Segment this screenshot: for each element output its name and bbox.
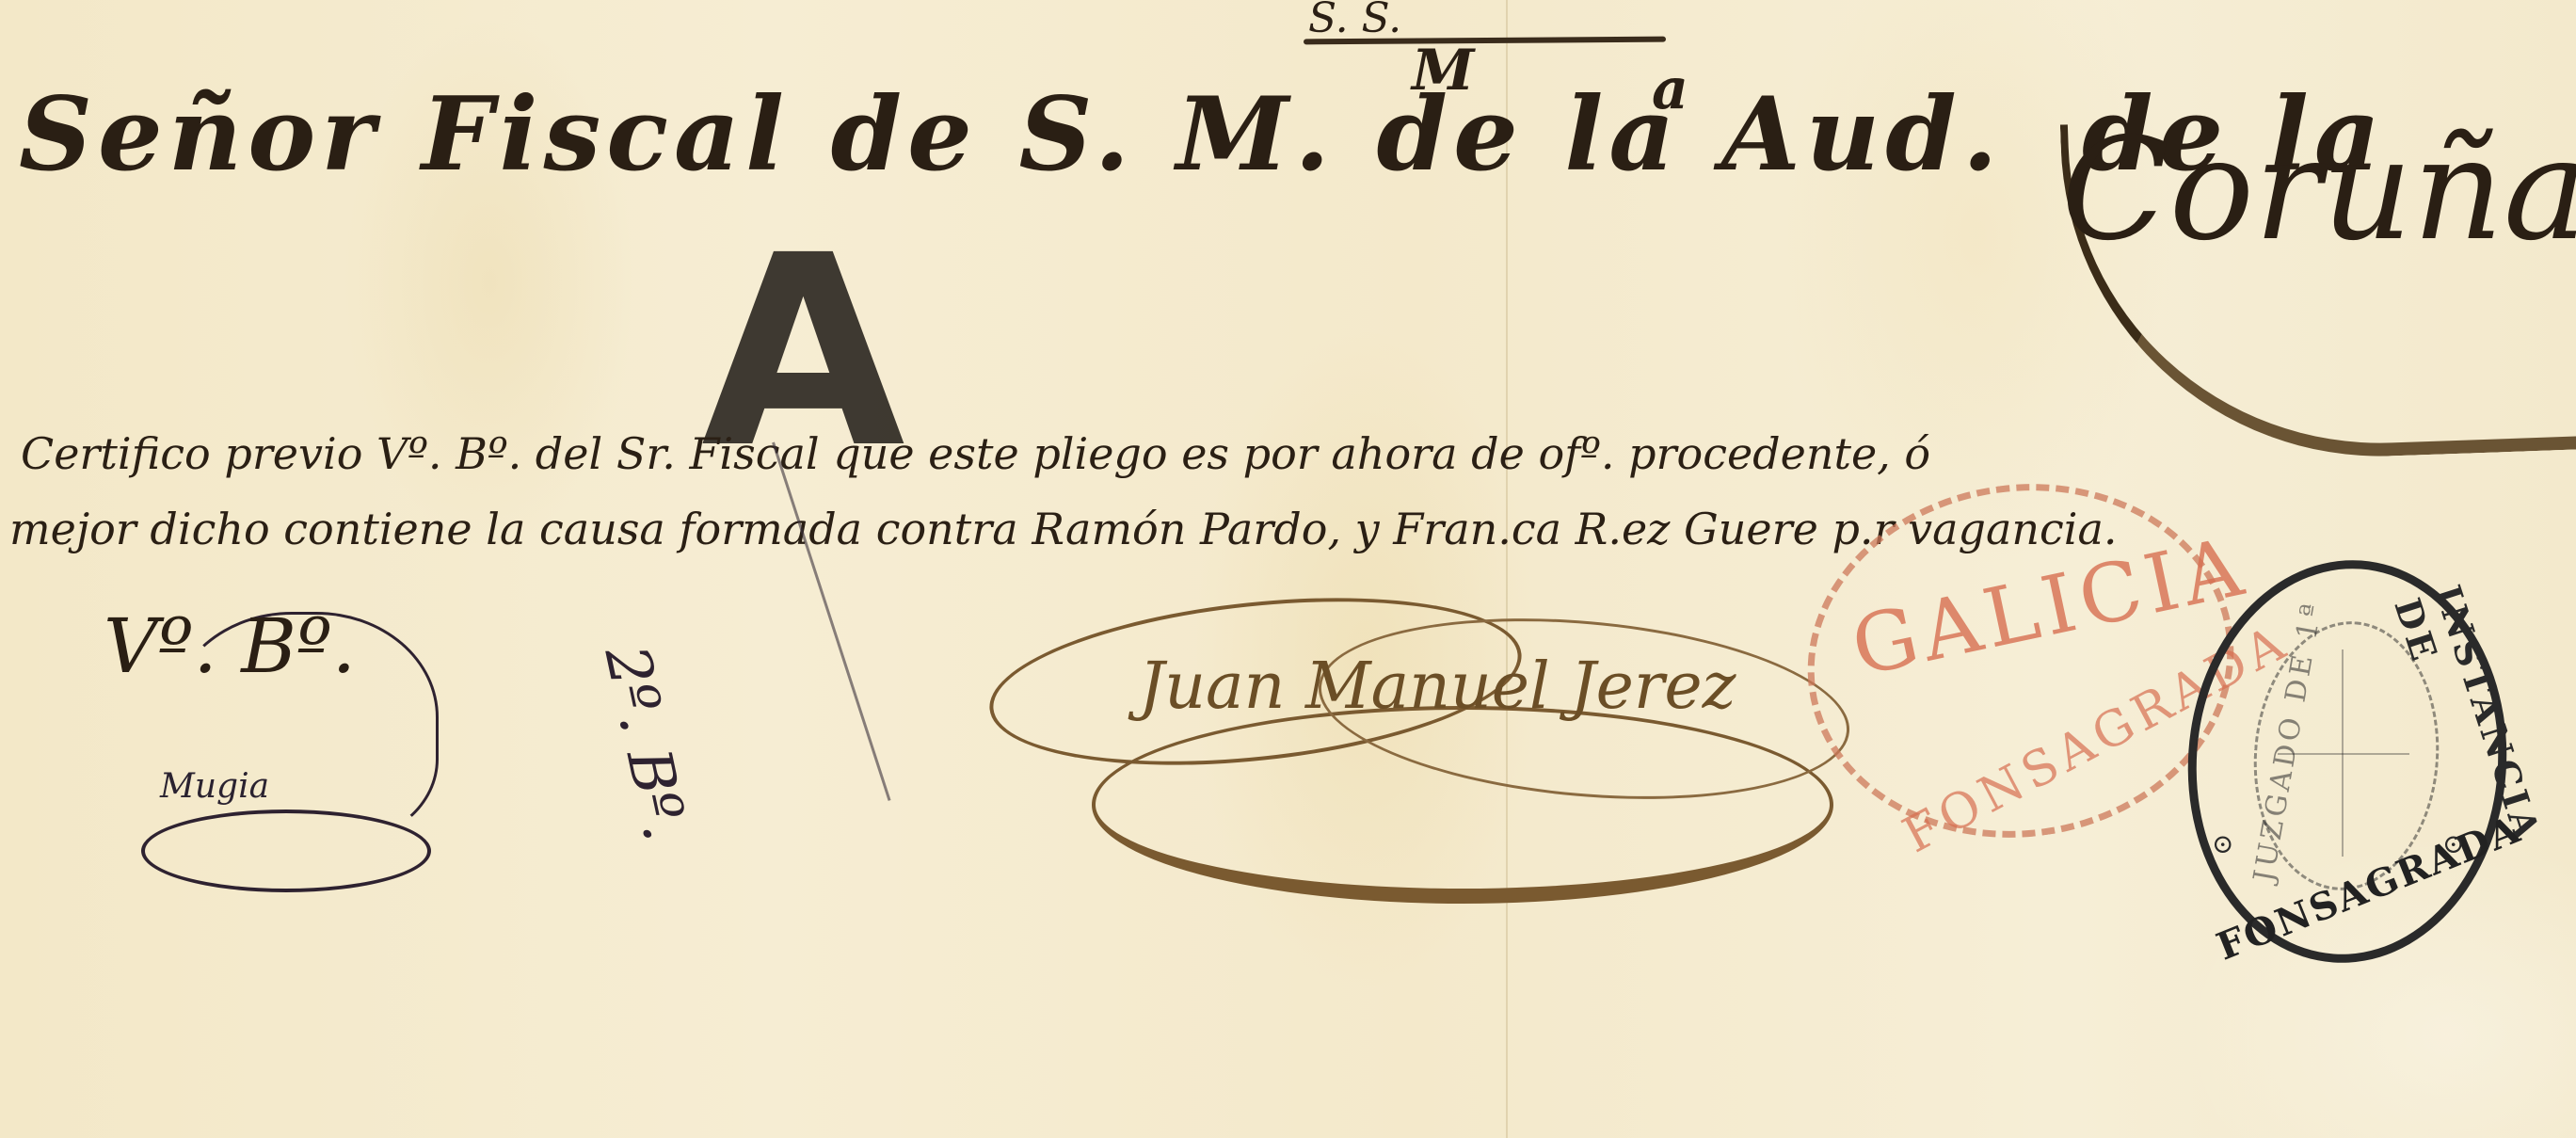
address-superscript-a: a [1652,56,1694,122]
address-superscript-m: M [1412,38,1480,104]
main-signature: Juan Manuel Jerez [1139,649,1736,724]
destination-city: Coruña [2061,108,2576,272]
stamp-rosette-icon: ⊙ [2212,828,2233,859]
address-text: Señor Fiscal de S. M. de la Aud. [19,75,2003,194]
certification-line-1: Certifico previo Vº. Bº. del Sr. Fiscal … [21,428,1930,479]
approval-flourish-oval [141,809,431,892]
header-mark: S. S. [1308,0,1401,42]
stamp-rosette-icon: ⊙ [2442,828,2464,859]
address-line: Señor Fiscal de S. M. de la Aud. M a de … [19,75,2386,194]
approval-label: Vº. Bº. [104,602,356,690]
approval-signer: Mugia [160,767,269,806]
certification-line-2: mejor dicho contiene la causa formada co… [9,504,2118,554]
